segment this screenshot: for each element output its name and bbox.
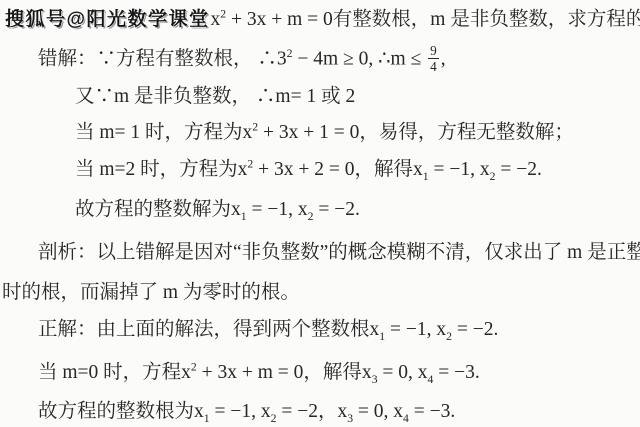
wrong-solution-step-1: 错解：∵方程有整数根， ∴32 − 4m ≥ 0, ∴m ≤ 94,: [38, 44, 446, 74]
document-page: 搜狐号@阳光数学课堂x2 + 3x + m = 0有整数根，m 是非负整数，求方…: [0, 0, 640, 427]
wrong-solution-step-4: 当 m=2 时，方程为x2 + 3x + 2 = 0，解得x1 = −1, x2…: [75, 158, 542, 182]
correct-solution-conclusion: 故方程的整数根为x1 = −1, x2 = −2，x3 = 0, x4 = −3…: [38, 400, 455, 424]
analysis-line-1: 剖析：以上错解是因对“非负整数”的概念模糊不清，仅求出了 m 是正整数: [38, 241, 640, 265]
correct-solution-step-2: 当 m=0 时，方程x2 + 3x + m = 0，解得x3 = 0, x4 =…: [38, 361, 480, 385]
sohu-watermark: 搜狐号@阳光数学课堂: [5, 9, 210, 30]
analysis-line-2: 时的根，而漏掉了 m 为零时的根。: [2, 281, 300, 305]
correct-solution-step-1: 正解：由上面的解法，得到两个整数根x1 = −1, x2 = −2.: [38, 318, 498, 342]
wrong-solution-step-2: 又∵m 是非负整数， ∴m= 1 或 2: [75, 85, 355, 109]
wrong-solution-step-3: 当 m= 1 时，方程为x2 + 3x + 1 = 0，易得，方程无整数解；: [75, 121, 574, 145]
wrong-solution-conclusion: 故方程的整数解为x1 = −1, x2 = −2.: [75, 198, 360, 222]
problem-statement-text: x2 + 3x + m = 0有整数根，m 是非负整数，求方程的整数根。: [211, 9, 640, 30]
problem-statement-line: 搜狐号@阳光数学课堂x2 + 3x + m = 0有整数根，m 是非负整数，求方…: [5, 8, 640, 32]
